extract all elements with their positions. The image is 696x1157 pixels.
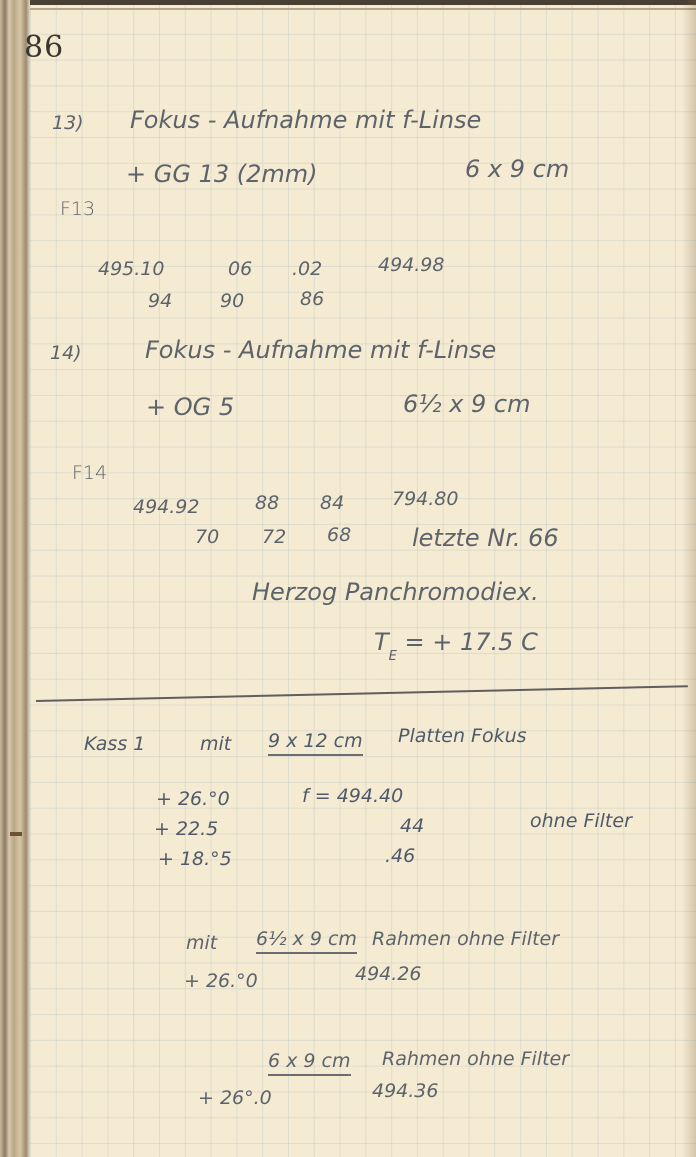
reading-13-r2-c3: 86 — [300, 288, 324, 310]
frame-2-temp: + 26°.0 — [198, 1087, 272, 1109]
reading-14-r1-c1: 494.92 — [133, 496, 199, 518]
entry-14-filter: + OG 5 — [146, 393, 234, 421]
page-edge-shade — [682, 0, 696, 1157]
reading-14-r2-c2: 72 — [262, 526, 286, 548]
reading-13-r1-c2: 06 — [228, 258, 252, 280]
temperature-value: = + 17.5 C — [405, 628, 538, 656]
reading-14-r2-c3: 68 — [327, 524, 351, 546]
reading-13-r2-c2: 90 — [220, 290, 244, 312]
frame-2-value: 494.36 — [372, 1080, 438, 1102]
temperature-reading: TE = + 17.5 C — [374, 628, 538, 656]
cassette-size: 9 x 12 cm — [268, 730, 363, 756]
page-top-edge — [0, 0, 696, 5]
entry-13-filter: + GG 13 (2mm) — [126, 160, 317, 188]
reading-14-r1-c4: 794.80 — [392, 488, 458, 510]
reading-13-r1-c4: 494.98 — [378, 254, 444, 276]
frame-1-size: 6½ x 9 cm — [256, 928, 357, 954]
reading-14-r1-c3: 84 — [320, 492, 344, 514]
temperature-subscript: E — [389, 649, 397, 664]
entry-14-title: Fokus - Aufnahme mit f-Linse — [145, 336, 496, 364]
page-number: 86 — [24, 30, 64, 65]
cassette-row-3-temp: + 18.°5 — [158, 848, 232, 870]
entry-14-last-number: letzte Nr. 66 — [412, 524, 559, 552]
reading-14-r1-c2: 88 — [255, 492, 279, 514]
reading-14-r2-c1: 70 — [195, 526, 219, 548]
frame-2-size: 6 x 9 cm — [268, 1050, 351, 1076]
entry-13-tag: F13 — [60, 198, 95, 220]
entry-13-title: Fokus - Aufnahme mit f-Linse — [130, 106, 481, 134]
entry-13-label: 13) — [52, 112, 84, 134]
page-top-border — [8, 8, 696, 10]
entry-14-label: 14) — [50, 342, 82, 364]
temperature-symbol: T — [374, 628, 389, 656]
cassette-row-2-value: 44 — [400, 815, 424, 837]
reading-13-r1-c3: .02 — [292, 258, 322, 280]
cassette-row-1-temp: + 26.°0 — [156, 788, 230, 810]
entry-13-format: 6 x 9 cm — [465, 155, 569, 183]
entry-14-plate-note: Herzog Panchromodiex. — [252, 578, 539, 606]
cassette-suffix: Platten Fokus — [398, 725, 527, 747]
reading-13-r1-c1: 495.10 — [98, 258, 164, 280]
frame-1-value: 494.26 — [355, 963, 421, 985]
binding-mark — [10, 832, 22, 836]
frame-1-mit: mit — [186, 932, 217, 954]
entry-14-format: 6½ x 9 cm — [403, 390, 530, 418]
frame-1-temp: + 26.°0 — [184, 970, 258, 992]
cassette-row-3-value: .46 — [385, 845, 415, 867]
reading-13-r2-c1: 94 — [148, 290, 172, 312]
cassette-prefix: Kass 1 — [84, 733, 145, 755]
frame-2-label: Rahmen ohne Filter — [382, 1048, 569, 1070]
cassette-mit: mit — [200, 733, 231, 755]
cassette-row-1-value: f = 494.40 — [302, 785, 403, 807]
notebook-binding — [0, 0, 30, 1157]
entry-14-tag: F14 — [72, 462, 107, 484]
frame-1-label: Rahmen ohne Filter — [372, 928, 559, 950]
cassette-row-2-temp: + 22.5 — [154, 818, 218, 840]
cassette-side-note: ohne Filter — [530, 810, 632, 832]
